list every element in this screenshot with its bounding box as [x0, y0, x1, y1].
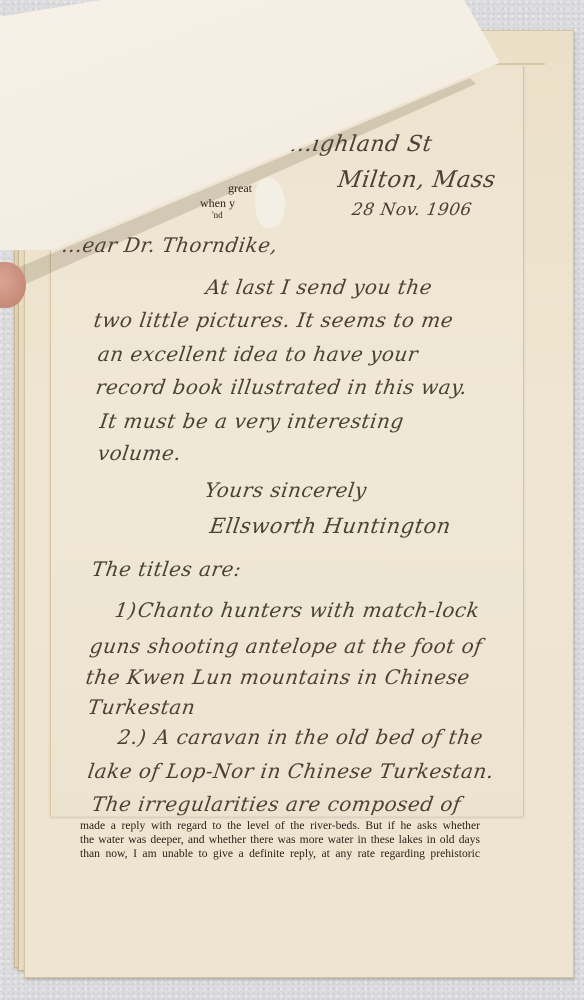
printed-line-1: made a reply with regard to the level of…: [80, 819, 480, 833]
peek-text-3: 'nd: [212, 210, 223, 220]
letter-body-line-2: two little pictures. It seems to me: [92, 308, 455, 332]
letter-body-line-5: It must be a very interesting: [98, 409, 405, 433]
title-2-line-3: The irregularities are composed of: [90, 792, 462, 816]
title-1-line-2: guns shooting antelope at the foot of: [88, 634, 484, 658]
letter-date: 28 Nov. 1906: [351, 200, 474, 220]
letter-body-line-6: volume.: [96, 441, 183, 465]
title-2-number: 2.): [116, 725, 148, 749]
printed-line-3: than now, I am unable to give a definite…: [80, 847, 480, 861]
title-1-line-3: the Kwen Lun mountains in Chinese: [84, 665, 471, 689]
paper-tear: [255, 178, 285, 228]
letter-city: Milton, Mass: [336, 167, 497, 193]
letter-body-line-3: an excellent idea to have your: [96, 342, 419, 366]
title-1-number: 1): [113, 598, 138, 622]
titles-intro: The titles are:: [90, 557, 243, 581]
title-2-line-2: lake of Lop-Nor in Chinese Turkestan.: [86, 759, 495, 783]
printed-line-2: the water was deeper, and whether there …: [80, 833, 480, 847]
letter-body-line-4: record book illustrated in this way.: [94, 375, 469, 399]
letter-closing: Yours sincerely: [203, 478, 368, 502]
title-1-line-1: Chanto hunters with match-lock: [136, 598, 481, 622]
letter-body-line-1: At last I send you the: [204, 275, 434, 299]
title-1-line-4: Turkestan: [86, 695, 197, 719]
title-2-line-1: A caravan in the old bed of the: [153, 725, 484, 749]
letter-signature: Ellsworth Huntington: [208, 514, 452, 538]
